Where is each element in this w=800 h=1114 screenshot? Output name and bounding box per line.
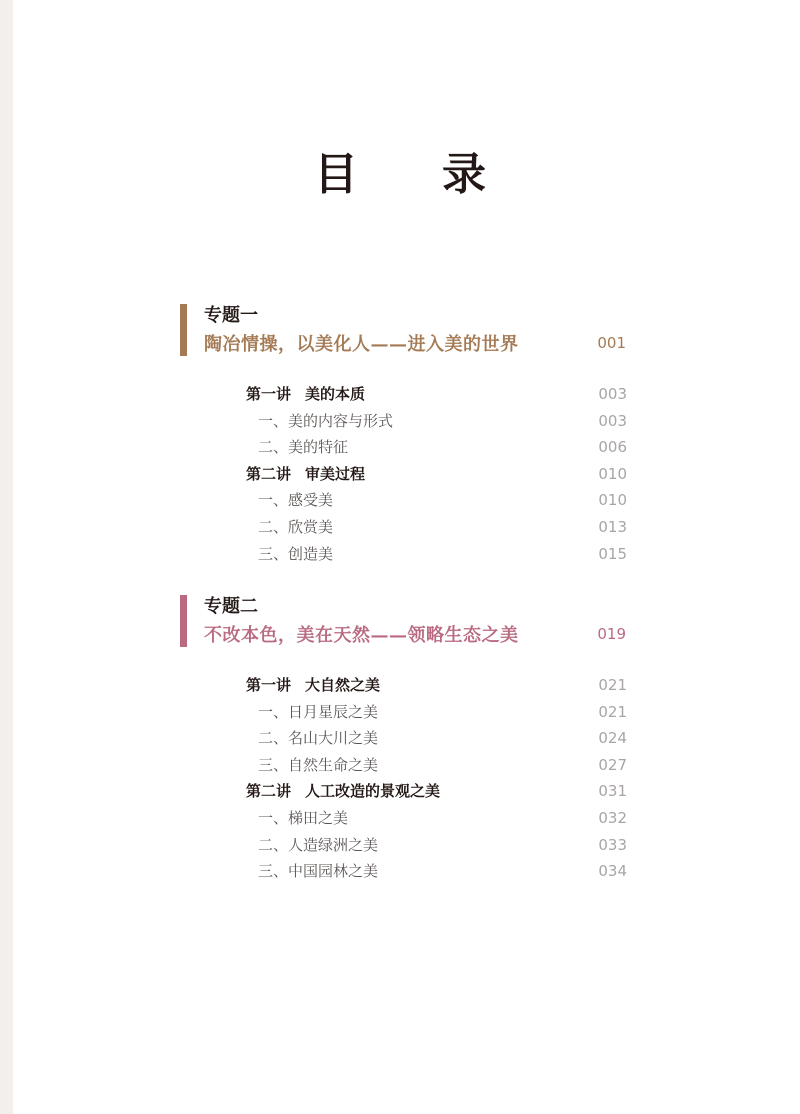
toc-section[interactable]: 二、人造绿洲之美 033 — [246, 832, 627, 859]
section-title: 一、日月星辰之美 — [258, 699, 378, 726]
page-number: 031 — [598, 778, 627, 805]
topic-2-accent-bar — [180, 595, 187, 647]
page-number: 003 — [598, 381, 627, 408]
lecture-title: 大自然之美 — [305, 676, 380, 694]
toc-section[interactable]: 三、自然生命之美 027 — [246, 752, 627, 779]
section-title: 三、自然生命之美 — [258, 752, 378, 779]
page-number: 021 — [598, 672, 627, 699]
toc-section[interactable]: 一、美的内容与形式 003 — [246, 408, 627, 435]
toc-section[interactable]: 一、感受美 010 — [246, 487, 627, 514]
page-number: 027 — [598, 752, 627, 779]
lecture-number: 第二讲 — [246, 782, 291, 800]
page-number: 033 — [598, 832, 627, 859]
title-char-1: 目 — [314, 138, 358, 202]
lecture-number: 第一讲 — [246, 676, 291, 694]
title-char-2: 录 — [442, 138, 486, 202]
topic-1-entries: 第一讲美的本质 003 一、美的内容与形式 003 二、美的特征 006 第二讲… — [246, 381, 627, 567]
page-number: 013 — [598, 514, 627, 541]
topic-2-subtitle[interactable]: 不改本色，美在天然——领略生态之美 — [204, 621, 519, 647]
section-title: 二、欣赏美 — [258, 514, 333, 541]
page-number: 010 — [598, 461, 627, 488]
page-number: 032 — [598, 805, 627, 832]
section-title: 一、感受美 — [258, 487, 333, 514]
topic-2-entries: 第一讲大自然之美 021 一、日月星辰之美 021 二、名山大川之美 024 三… — [246, 672, 627, 885]
topic-2-label: 专题二 — [204, 592, 258, 618]
lecture-number: 第一讲 — [246, 385, 291, 403]
toc-section[interactable]: 二、美的特征 006 — [246, 434, 627, 461]
toc-lecture[interactable]: 第二讲人工改造的景观之美 031 — [246, 778, 627, 805]
topic-1-label: 专题一 — [204, 301, 258, 327]
section-title: 二、美的特征 — [258, 434, 348, 461]
section-title: 三、创造美 — [258, 541, 333, 568]
section-title: 三、中国园林之美 — [258, 858, 378, 885]
lecture-title: 审美过程 — [305, 465, 365, 483]
toc-section[interactable]: 三、中国园林之美 034 — [246, 858, 627, 885]
toc-lecture[interactable]: 第一讲美的本质 003 — [246, 381, 627, 408]
page-number: 003 — [598, 408, 627, 435]
section-title: 二、人造绿洲之美 — [258, 832, 378, 859]
page-number: 015 — [598, 541, 627, 568]
topic-1-page: 001 — [597, 334, 626, 352]
topic-1-accent-bar — [180, 304, 187, 356]
toc-section[interactable]: 二、名山大川之美 024 — [246, 725, 627, 752]
lecture-number: 第二讲 — [246, 465, 291, 483]
toc-section[interactable]: 一、日月星辰之美 021 — [246, 699, 627, 726]
toc-lecture[interactable]: 第一讲大自然之美 021 — [246, 672, 627, 699]
section-title: 一、美的内容与形式 — [258, 408, 393, 435]
toc-section[interactable]: 一、梯田之美 032 — [246, 805, 627, 832]
lecture-title: 人工改造的景观之美 — [305, 782, 440, 800]
page-number: 006 — [598, 434, 627, 461]
page-title: 目录 — [0, 138, 800, 202]
topic-1-subtitle[interactable]: 陶冶情操，以美化人——进入美的世界 — [204, 330, 519, 356]
page-number: 021 — [598, 699, 627, 726]
section-title: 二、名山大川之美 — [258, 725, 378, 752]
section-title: 一、梯田之美 — [258, 805, 348, 832]
toc-section[interactable]: 二、欣赏美 013 — [246, 514, 627, 541]
lecture-title: 美的本质 — [305, 385, 365, 403]
page-number: 034 — [598, 858, 627, 885]
page-number: 010 — [598, 487, 627, 514]
page-number: 024 — [598, 725, 627, 752]
toc-lecture[interactable]: 第二讲审美过程 010 — [246, 461, 627, 488]
topic-2-page: 019 — [597, 625, 626, 643]
toc-section[interactable]: 三、创造美 015 — [246, 541, 627, 568]
